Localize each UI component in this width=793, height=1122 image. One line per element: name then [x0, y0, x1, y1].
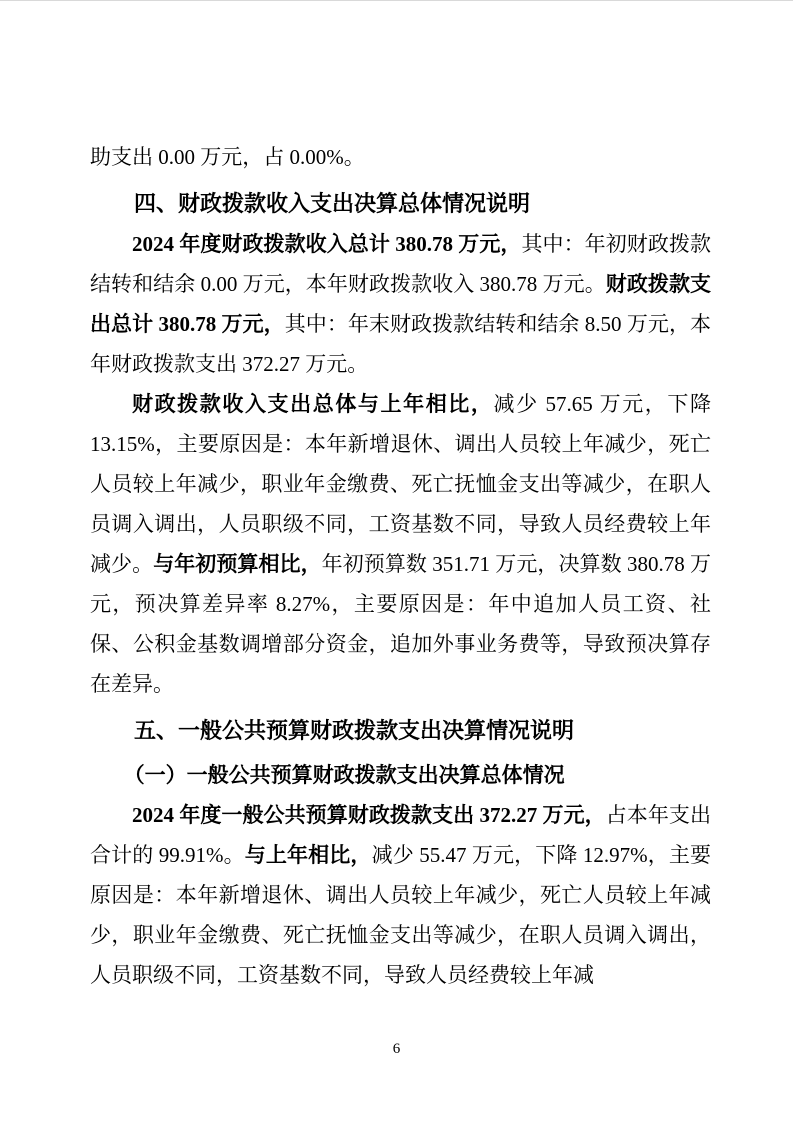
paragraph-funding-totals: 2024 年度财政拨款收入总计 380.78 万元，其中：年初财政拨款结转和结余… — [90, 224, 711, 384]
text-run-decrease-reasons: 减少 57.65 万元，下降 13.15%，主要原因是：本年新增退休、调出人员较… — [90, 392, 711, 576]
section-heading-4: 四、财政拨款收入支出决算总体情况说明 — [90, 184, 711, 224]
section-heading-5: 五、一般公共预算财政拨款支出决算情况说明 — [90, 711, 711, 751]
bold-run-vs-last-year-2: 与上年相比， — [245, 843, 372, 867]
paragraph-continuation: 助支出 0.00 万元，占 0.00%。 — [90, 137, 711, 177]
document-content: 助支出 0.00 万元，占 0.00%。 四、财政拨款收入支出决算总体情况说明 … — [90, 137, 711, 995]
paragraph-yearly-comparison: 财政拨款收入支出总体与上年相比，减少 57.65 万元，下降 13.15%，主要… — [90, 384, 711, 704]
document-page: 助支出 0.00 万元，占 0.00%。 四、财政拨款收入支出决算总体情况说明 … — [0, 0, 793, 1122]
page-number: 6 — [0, 1039, 793, 1059]
bold-run-vs-initial-budget: 与年初预算相比， — [153, 552, 321, 576]
bold-run-income-total: 2024 年度财政拨款收入总计 380.78 万元， — [132, 232, 522, 256]
bold-run-vs-last-year: 财政拨款收入支出总体与上年相比， — [132, 392, 494, 416]
paragraph-general-budget-expense: 2024 年度一般公共预算财政拨款支出 372.27 万元，占本年支出合计的 9… — [90, 795, 711, 995]
bold-run-general-expense-total: 2024 年度一般公共预算财政拨款支出 372.27 万元， — [132, 803, 606, 827]
subsection-heading-5-1: （一）一般公共预算财政拨款支出决算总体情况 — [90, 755, 711, 795]
